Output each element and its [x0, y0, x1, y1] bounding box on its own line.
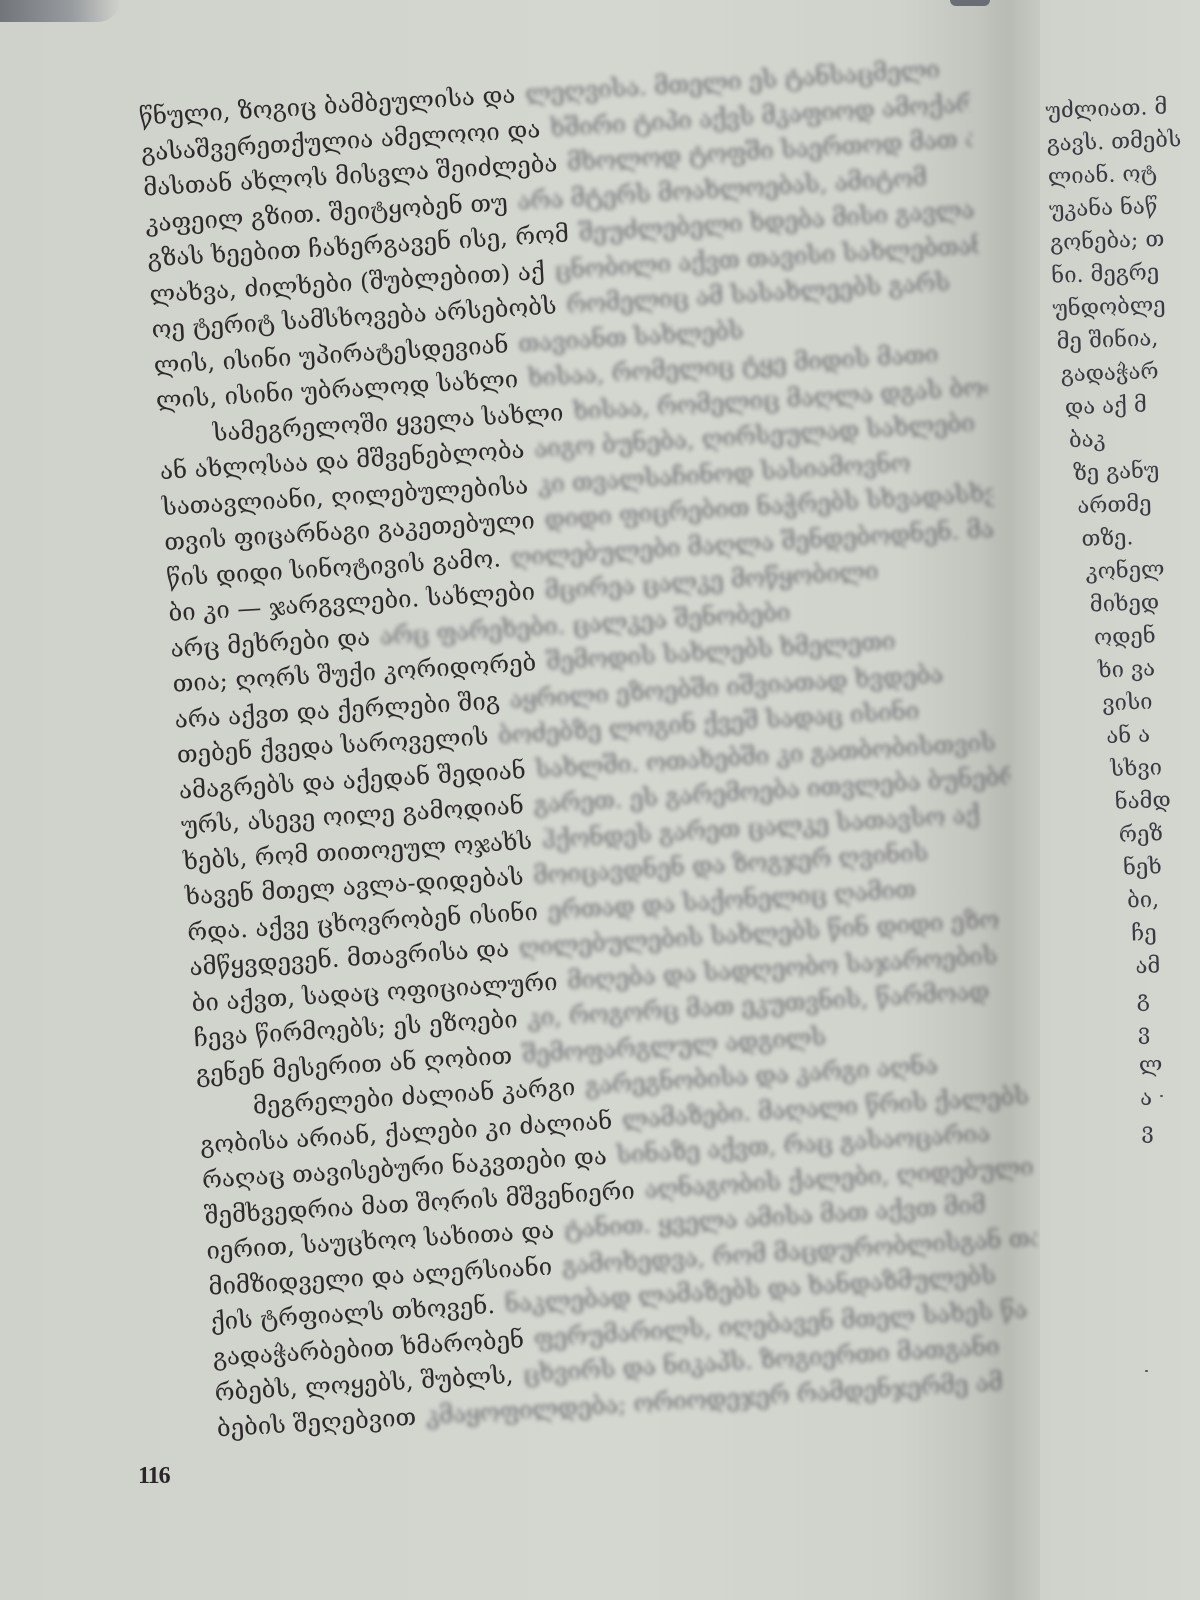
facing-page-line: უკანა ნაწ: [1048, 187, 1200, 227]
facing-page-line: ან ა: [1067, 715, 1200, 755]
facing-page-line: სხვი: [1068, 748, 1200, 788]
facing-page-line: ზე განუ: [1058, 451, 1200, 491]
facing-page-line: და აქ მ: [1055, 385, 1200, 425]
facing-page-line: ჩე: [1074, 913, 1200, 953]
paper-speck: [1160, 1095, 1163, 1097]
facing-page-line: ბი,: [1073, 880, 1200, 920]
facing-page-line: ა: [1080, 1077, 1200, 1117]
facing-page-line: გადაჭარ: [1054, 352, 1200, 392]
background-object-shadow-2: [950, 0, 990, 6]
page-number: 116: [138, 1463, 170, 1490]
main-text-block: წნული, ზოგიც ბამბეულისა დალეღვისა. მთელი…: [138, 51, 1047, 1447]
facing-page-line: მე შინია,: [1053, 319, 1200, 359]
facing-page-line: ვ: [1081, 1110, 1200, 1150]
facing-page-line: ბაკ: [1057, 418, 1200, 458]
background-object-shadow: [0, 0, 120, 22]
facing-page-line: გ: [1076, 978, 1200, 1018]
facing-page-line: რეზ: [1070, 814, 1200, 854]
paper-speck: [1145, 1370, 1148, 1372]
facing-page-line: უნდობლე: [1052, 286, 1200, 326]
facing-page-line: ნამდ: [1069, 781, 1200, 821]
facing-page-line: მიხედ: [1062, 583, 1200, 623]
facing-page-line: უძლიათ. მ: [1045, 88, 1200, 128]
facing-page-line: გავს. თმებს: [1046, 121, 1200, 161]
facing-page-line: ოდენ: [1063, 616, 1200, 656]
book-photo: წნული, ზოგიც ბამბეულისა დალეღვისა. მთელი…: [0, 0, 1200, 1600]
facing-page-line: ნეხ: [1071, 847, 1200, 887]
facing-page-line: ნი. მეგრე: [1051, 253, 1200, 293]
facing-page-line: ვისი: [1066, 682, 1200, 722]
facing-page-line: ართმე: [1059, 484, 1200, 524]
facing-page-line: გონება; თ: [1050, 220, 1200, 260]
facing-page-line: ხი ვა: [1065, 649, 1200, 689]
facing-page-line: ამ: [1075, 945, 1200, 985]
facing-page-line: თზე.: [1060, 517, 1200, 557]
facing-page-line: ვ: [1077, 1011, 1200, 1051]
facing-page-line: ლიან. ოტ: [1047, 154, 1200, 194]
facing-page-line: ლ: [1078, 1044, 1200, 1084]
